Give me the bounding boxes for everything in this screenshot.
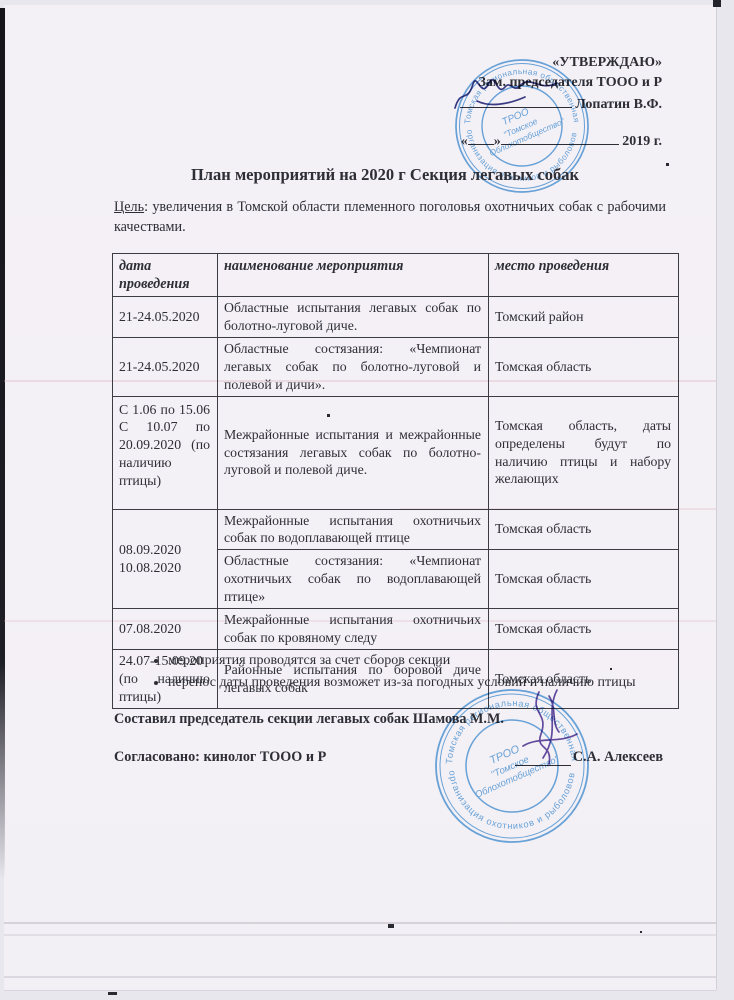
place-cell: Томский район: [489, 296, 679, 337]
place-cell: Томская область: [489, 509, 679, 550]
header-event: наименование мероприятия: [218, 254, 489, 297]
date-cell-merged: 08.09.2020 10.08.2020: [113, 509, 218, 609]
event-cell: Межрайонные испытания и межрайонные сост…: [218, 396, 489, 509]
table-row: 21-24.05.2020 Областные испытания легавы…: [113, 296, 679, 337]
event-cell: Областные испытания легавых собак по бол…: [218, 296, 489, 337]
date-cell: 21-24.05.2020: [113, 296, 218, 337]
scan-speck-2: [108, 992, 117, 995]
scanned-document: «УТВЕРЖДАЮ» Зам. председателя ТООО и Р Л…: [0, 0, 734, 1000]
signature-alekseev-graphic: [505, 686, 590, 781]
scan-speck-1: [388, 924, 394, 928]
place-cell: Томская область: [489, 550, 679, 609]
place-cell: Томская область: [489, 337, 679, 396]
table-header-row: дата проведения наименование мероприятия…: [113, 254, 679, 297]
note-item: мероприятия проводятся за счет сборов се…: [168, 652, 635, 670]
place-cell: Томская область, даты определены будут п…: [489, 396, 679, 509]
goal-text: : увеличения в Томской области племенног…: [114, 199, 666, 235]
signature-lopatin-graphic: [445, 70, 565, 120]
table-row: 08.09.2020 10.08.2020 Межрайонные испыта…: [113, 509, 679, 550]
events-table: дата проведения наименование мероприятия…: [112, 253, 679, 709]
event-cell: Межрайонные испытания охотничьих собак п…: [218, 609, 489, 650]
place-cell: Томская область: [489, 609, 679, 650]
agreed-label: Согласовано: кинолог ТООО и Р: [114, 749, 326, 766]
date-cell: С 1.06 по 15.06 С 10.07 по 20.09.2020 (п…: [113, 396, 218, 509]
signature-alekseev: [505, 686, 590, 781]
date-cell: 21-24.05.2020: [113, 337, 218, 396]
goal-label: Цель: [114, 199, 144, 215]
event-cell: Областные состязания: «Чемпионат охотнич…: [218, 550, 489, 609]
scan-edge-left: [0, 8, 5, 880]
event-cell: Областные состязания: «Чемпионат легавых…: [218, 337, 489, 396]
goal-paragraph: Цель: увеличения в Томской области племе…: [114, 198, 666, 238]
table-row: 07.08.2020 Межрайонные испытания охотнич…: [113, 609, 679, 650]
event-cell: Межрайонные испытания охотничьих собак п…: [218, 509, 489, 550]
table-row: С 1.06 по 15.06 С 10.07 по 20.09.2020 (п…: [113, 396, 679, 509]
scan-corner-mark: [713, 0, 721, 7]
signature-lopatin: [445, 70, 565, 120]
table-row: 21-24.05.2020 Областные состязания: «Чем…: [113, 337, 679, 396]
approval-year: 2019 г.: [622, 134, 662, 149]
events-table-container: дата проведения наименование мероприятия…: [112, 253, 679, 709]
date-cell: 07.08.2020: [113, 609, 218, 650]
header-place: место проведения: [489, 254, 679, 297]
page-title: План мероприятий на 2020 г Секция легавы…: [55, 165, 715, 185]
scan-speck-6: [640, 931, 642, 933]
header-date: дата проведения: [113, 254, 218, 297]
